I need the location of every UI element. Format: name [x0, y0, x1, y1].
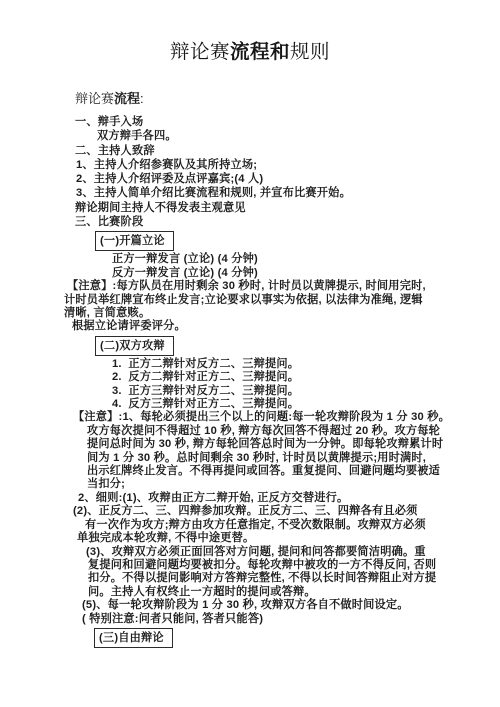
subtitle-part-2: 流程: [114, 91, 140, 106]
doc-line: 间为 1 分 30 秒。总时间剩余 30 秒时, 计时员以黄牌提示;用时满时,: [0, 452, 500, 465]
doc-line: 3. 正方三辩针对反方二、三辩提问。: [0, 385, 500, 398]
doc-line: 清晰, 言简意赅。: [0, 307, 500, 320]
doc-line: (5)、每一轮攻辩阶段为 1 分 30 秒, 攻辩双方各自不做时间设定。: [0, 599, 500, 612]
section-heading-label: (一)开篇立论: [95, 231, 174, 251]
doc-line: 1、主持人介绍参赛队及其所持立场;: [0, 158, 500, 172]
title-part-1: 辩论赛: [170, 41, 230, 63]
doc-line: 单独完成本轮攻辩, 不得中途更替。: [0, 532, 500, 545]
doc-line: 复提问和回避问题均要被扣分。每轮攻辩中被攻的一方不得反问, 否则: [0, 559, 500, 572]
doc-line: (2)、正反方二、三、四辩参加攻辩。正反方二、三、四辩各有且必须: [0, 505, 500, 518]
section-heading-box: (一)开篇立论: [0, 231, 500, 251]
doc-line: 提问总时间为 30 秒, 辩方每轮回答总时间为一分钟。即每轮攻辩累计时: [0, 438, 500, 451]
doc-line: 有一次作为攻方;辩方由攻方任意指定, 不受次数限制。攻辩双方必须: [0, 519, 500, 532]
doc-line: 当扣分;: [0, 478, 500, 491]
section-heading-label: (三)自由辩论: [94, 628, 173, 648]
doc-line: 正方一辩发言 (立论) (4 分钟): [0, 253, 500, 266]
title-part-2: 流程和: [230, 41, 290, 63]
document-page: 辩论赛流程和规则 辩论赛流程: 一、辩手入场双方辩手各四。二、主持人致辞1、主持…: [0, 0, 500, 707]
subtitle-part-1: 辩论赛: [75, 91, 114, 106]
doc-line: 4. 反方三辩针对正方二、三辩提问。: [0, 398, 500, 411]
doc-line: 1. 正方二辩针对反方二、三辩提问。: [0, 358, 500, 371]
doc-line: 2、细则:(1)、攻辩由正方二辩开始, 正反方交替进行。: [0, 492, 500, 505]
doc-line: 辩论期间主持人不得发表主观意见: [0, 201, 500, 215]
doc-line: 【注意】:1、每轮必须提出三个以上的问题:每一轮攻辩阶段为 1 分 30 秒。: [0, 411, 500, 424]
doc-line: 三、比赛阶段: [0, 215, 500, 229]
doc-line: ( 特别注意:问者只能问, 答者只能答): [0, 613, 500, 626]
section-heading-box: (三)自由辩论: [0, 628, 500, 648]
doc-line: 一、辩手入场: [0, 115, 500, 129]
doc-line: 【注意】:每方队员在用时剩余 30 秒时, 计时员以黄牌提示, 时间用完时,: [0, 280, 500, 293]
doc-line: 3、主持人简单介绍比赛流程和规则, 并宣布比赛开始。: [0, 186, 500, 200]
page-title: 辩论赛流程和规则: [0, 0, 500, 64]
doc-line: 双方辩手各四。: [0, 129, 500, 143]
doc-line: 计时员举红牌宣布终止发言;立论要求以事实为依据, 以法律为准绳, 逻辑: [0, 294, 500, 307]
doc-line: (3)、攻辩双方必须正面回答对方问题, 提问和问答都要简洁明确。重: [0, 546, 500, 559]
doc-line: 2、主持人介绍评委及点评嘉宾;(4 人): [0, 172, 500, 186]
section-heading-label: (二)双方攻辩: [95, 336, 174, 356]
doc-line: 根据立论请评委评分。: [0, 320, 500, 333]
title-part-3: 规则: [290, 41, 330, 63]
doc-line: 反方一辩发言 (立论) (4 分钟): [0, 267, 500, 280]
doc-line: 二、主持人致辞: [0, 144, 500, 158]
document-body: 一、辩手入场双方辩手各四。二、主持人致辞1、主持人介绍参赛队及其所持立场;2、主…: [0, 115, 500, 648]
doc-line: 问。主持人有权终止一方超时的提问或答辩。: [0, 586, 500, 599]
doc-line: 出示红牌终止发言。不得再提问或回答。重复提问、回避问题均要被适: [0, 465, 500, 478]
doc-line: 攻方每次提问不得超过 10 秒, 辩方每次回答不得超过 20 秒。攻方每轮: [0, 425, 500, 438]
section-heading-box: (二)双方攻辩: [0, 336, 500, 356]
doc-line: 2. 反方二辩针对正方二、三辩提问。: [0, 371, 500, 384]
section-label-process: 辩论赛流程:: [0, 91, 500, 106]
doc-line: 扣分。不得以提问影响对方答辩完整性, 不得以长时间答辩阻止对方提: [0, 572, 500, 585]
subtitle-part-3: :: [140, 91, 144, 106]
